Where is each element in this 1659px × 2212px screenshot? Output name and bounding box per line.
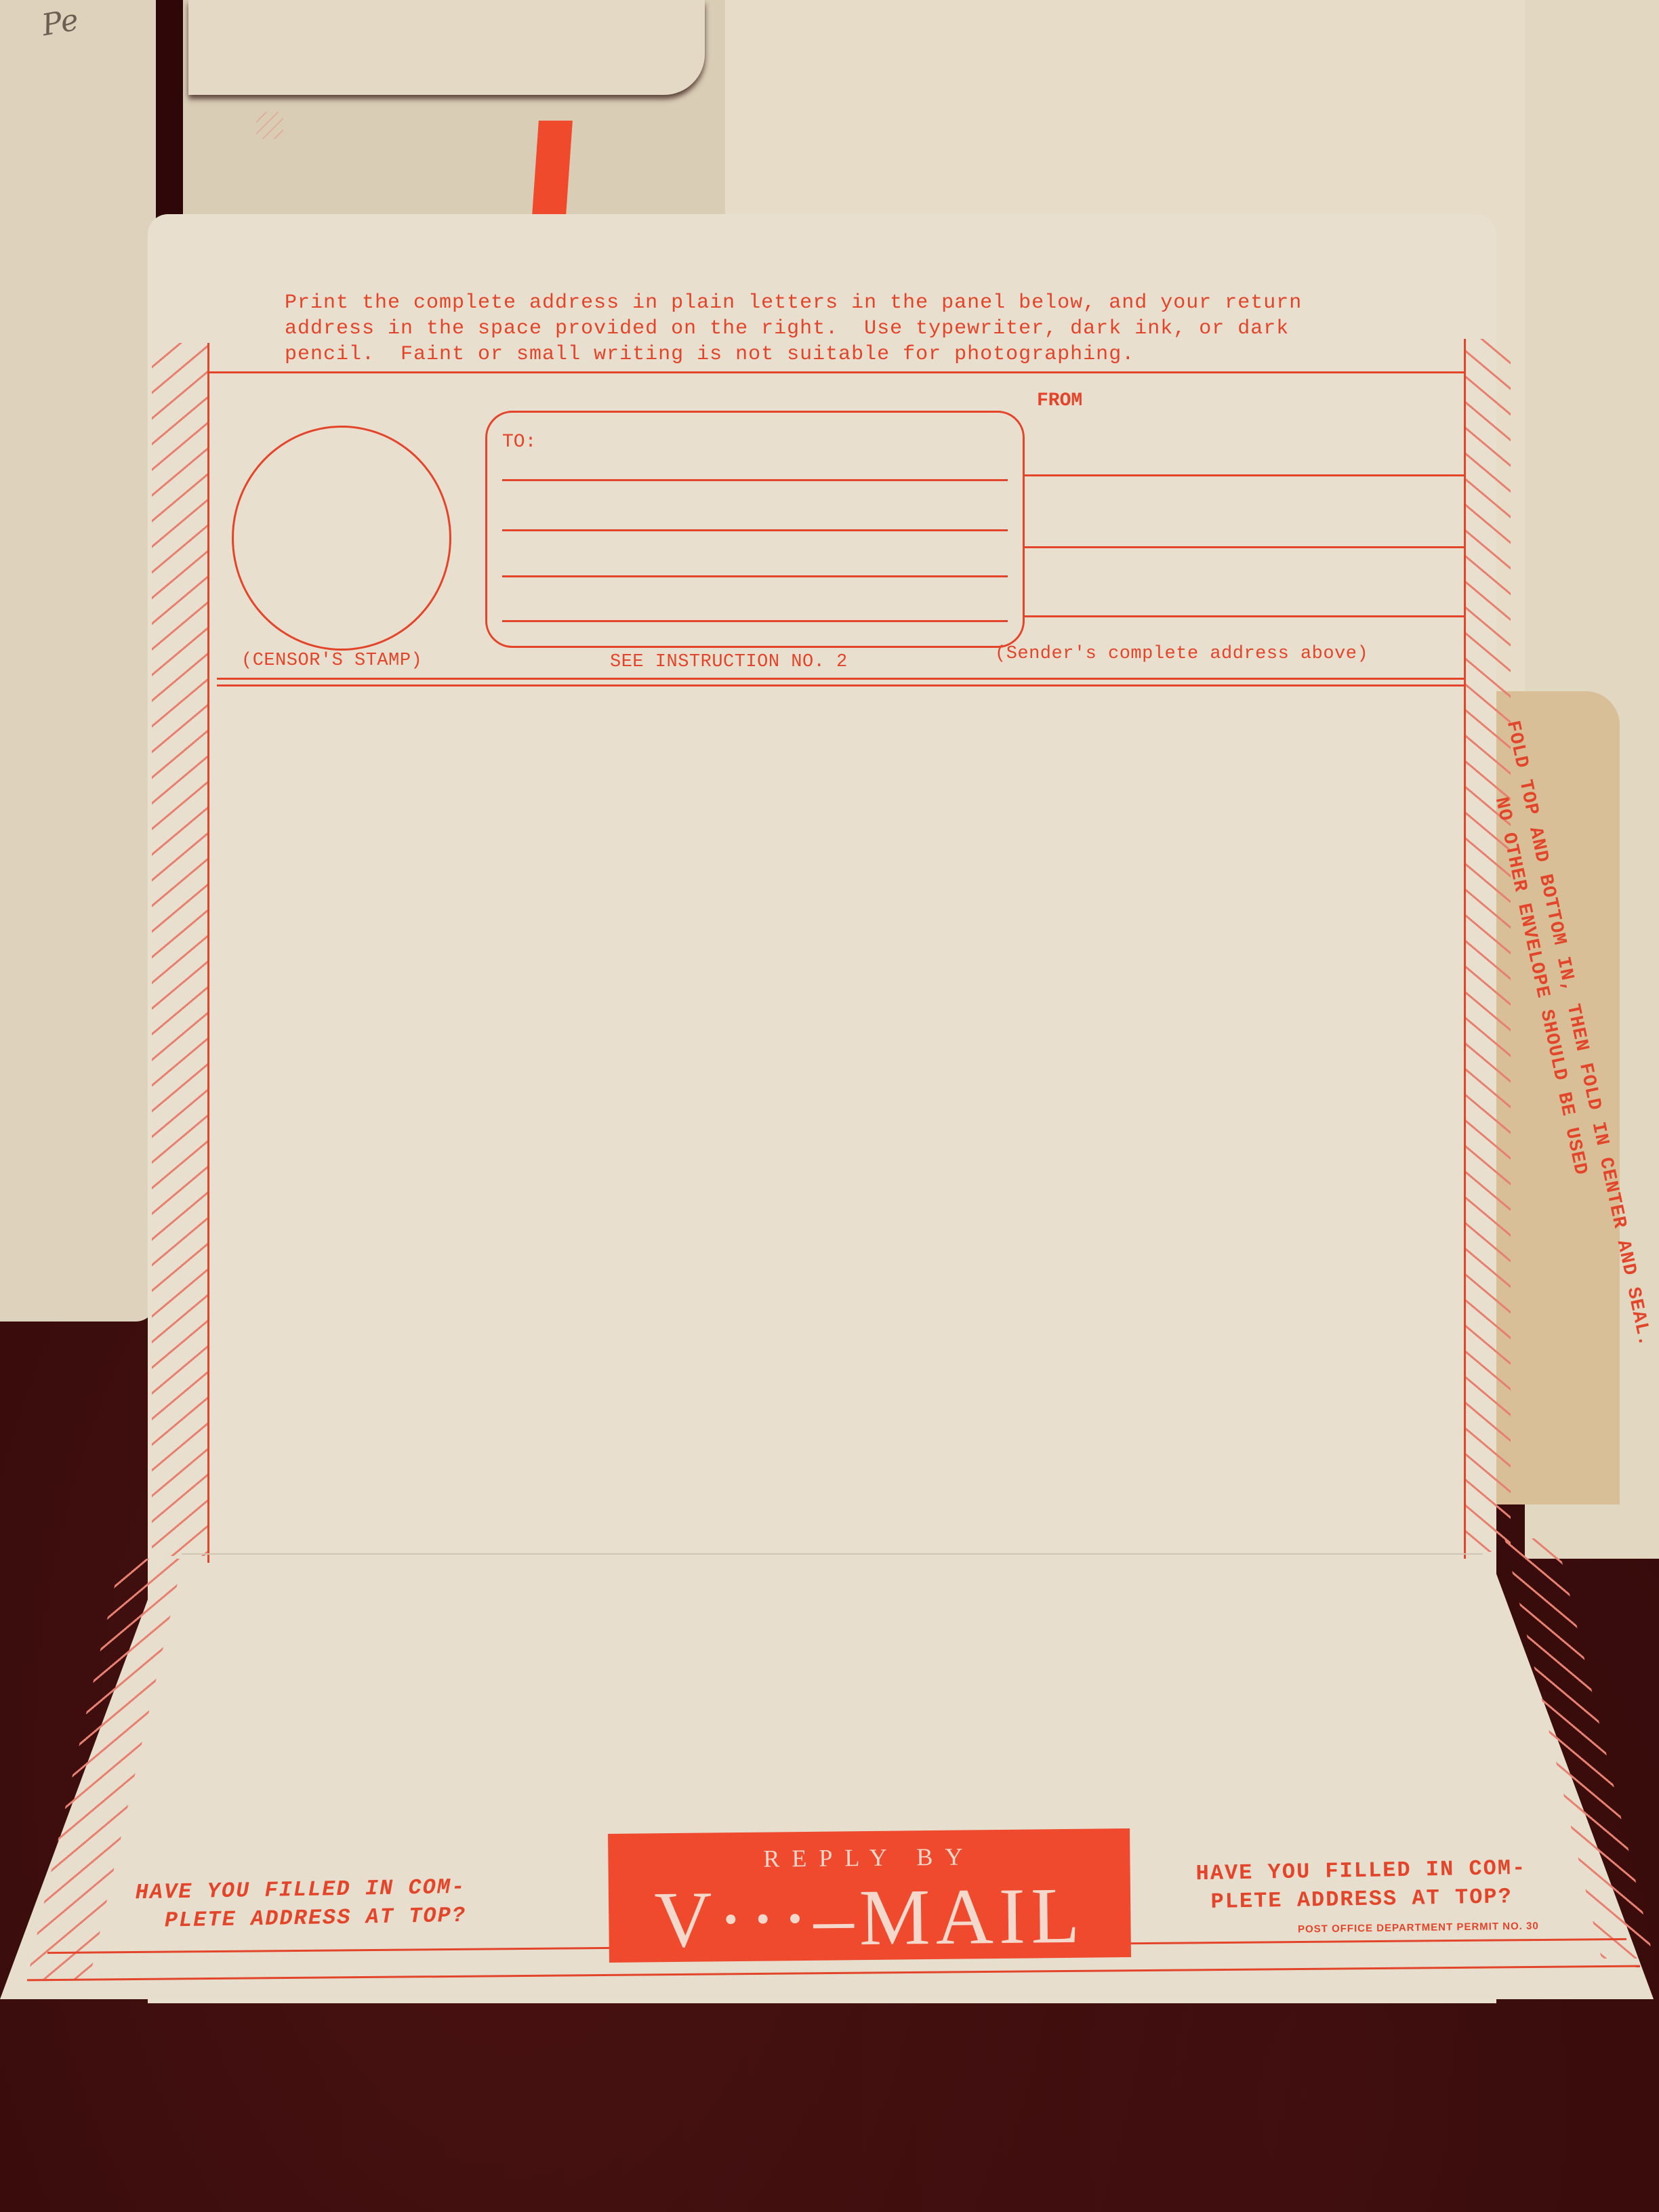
reminder-left: HAVE YOU FILLED IN COM- PLETE ADDRESS AT… xyxy=(135,1873,466,1935)
to-label: TO: xyxy=(502,432,536,453)
header-bottom-rule-2 xyxy=(217,684,1464,687)
message-body-area[interactable] xyxy=(217,689,1462,1549)
censor-stamp-caption: (CENSOR'S STAMP) xyxy=(241,651,422,671)
pencil-note: Pe xyxy=(39,3,81,43)
from-address-line-3[interactable] xyxy=(1023,615,1464,617)
header-bottom-rule xyxy=(217,678,1464,680)
vmail-title: V···–MAIL xyxy=(609,1869,1131,1967)
background-envelope-flap xyxy=(188,0,705,95)
background-sheet-left xyxy=(0,0,156,1322)
to-address-box[interactable]: TO: xyxy=(485,411,1025,648)
sender-address-caption: (Sender's complete address above) xyxy=(995,644,1368,664)
from-address-line-2[interactable] xyxy=(1023,546,1464,548)
to-address-line-4[interactable] xyxy=(502,620,1008,622)
left-hatched-margin xyxy=(152,343,209,1556)
reminder-right: HAVE YOU FILLED IN COM- PLETE ADDRESS AT… xyxy=(1195,1854,1527,1917)
address-instructions: Print the complete address in plain lett… xyxy=(285,290,1410,367)
to-address-line-3[interactable] xyxy=(502,575,1008,577)
envelope-red-stripe xyxy=(532,121,573,216)
left-border xyxy=(207,343,209,1563)
from-label: FROM xyxy=(1037,390,1082,411)
to-address-line-2[interactable] xyxy=(502,529,1008,531)
to-address-line-1[interactable] xyxy=(502,479,1008,481)
see-instruction-caption: SEE INSTRUCTION NO. 2 xyxy=(610,652,848,672)
vmail-banner: REPLY BY V···–MAIL xyxy=(608,1828,1131,1963)
fold-crease xyxy=(182,1553,1483,1555)
right-border xyxy=(1464,339,1466,1559)
censor-stamp-circle xyxy=(232,426,451,651)
header-top-rule xyxy=(207,371,1464,373)
envelope-hatch-fragment xyxy=(256,112,283,139)
from-address-line-1[interactable] xyxy=(1023,474,1464,476)
right-hatched-margin xyxy=(1464,339,1511,1552)
